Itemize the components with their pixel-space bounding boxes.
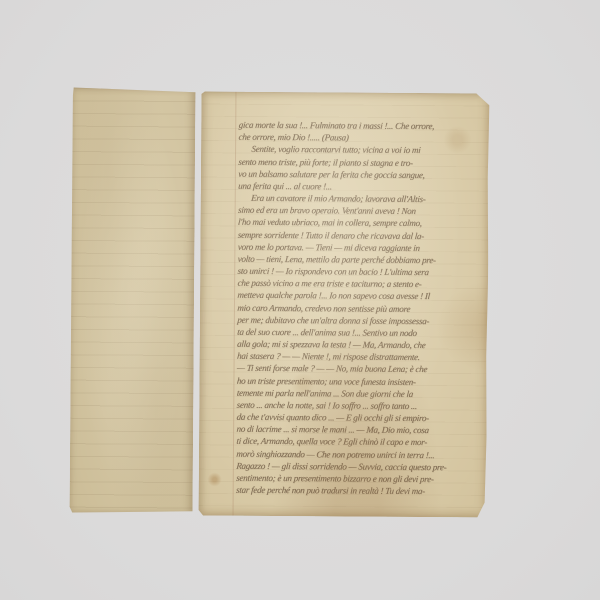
left-page-texture xyxy=(70,88,196,514)
manuscript-document: gica morte la sua !... Fulminato tra i m… xyxy=(70,87,490,520)
left-blank-page xyxy=(70,88,196,514)
photo-background: gica morte la sua !... Fulminato tra i m… xyxy=(0,0,600,600)
paper-stains xyxy=(199,91,490,517)
right-written-page: gica morte la sua !... Fulminato tra i m… xyxy=(199,91,490,517)
